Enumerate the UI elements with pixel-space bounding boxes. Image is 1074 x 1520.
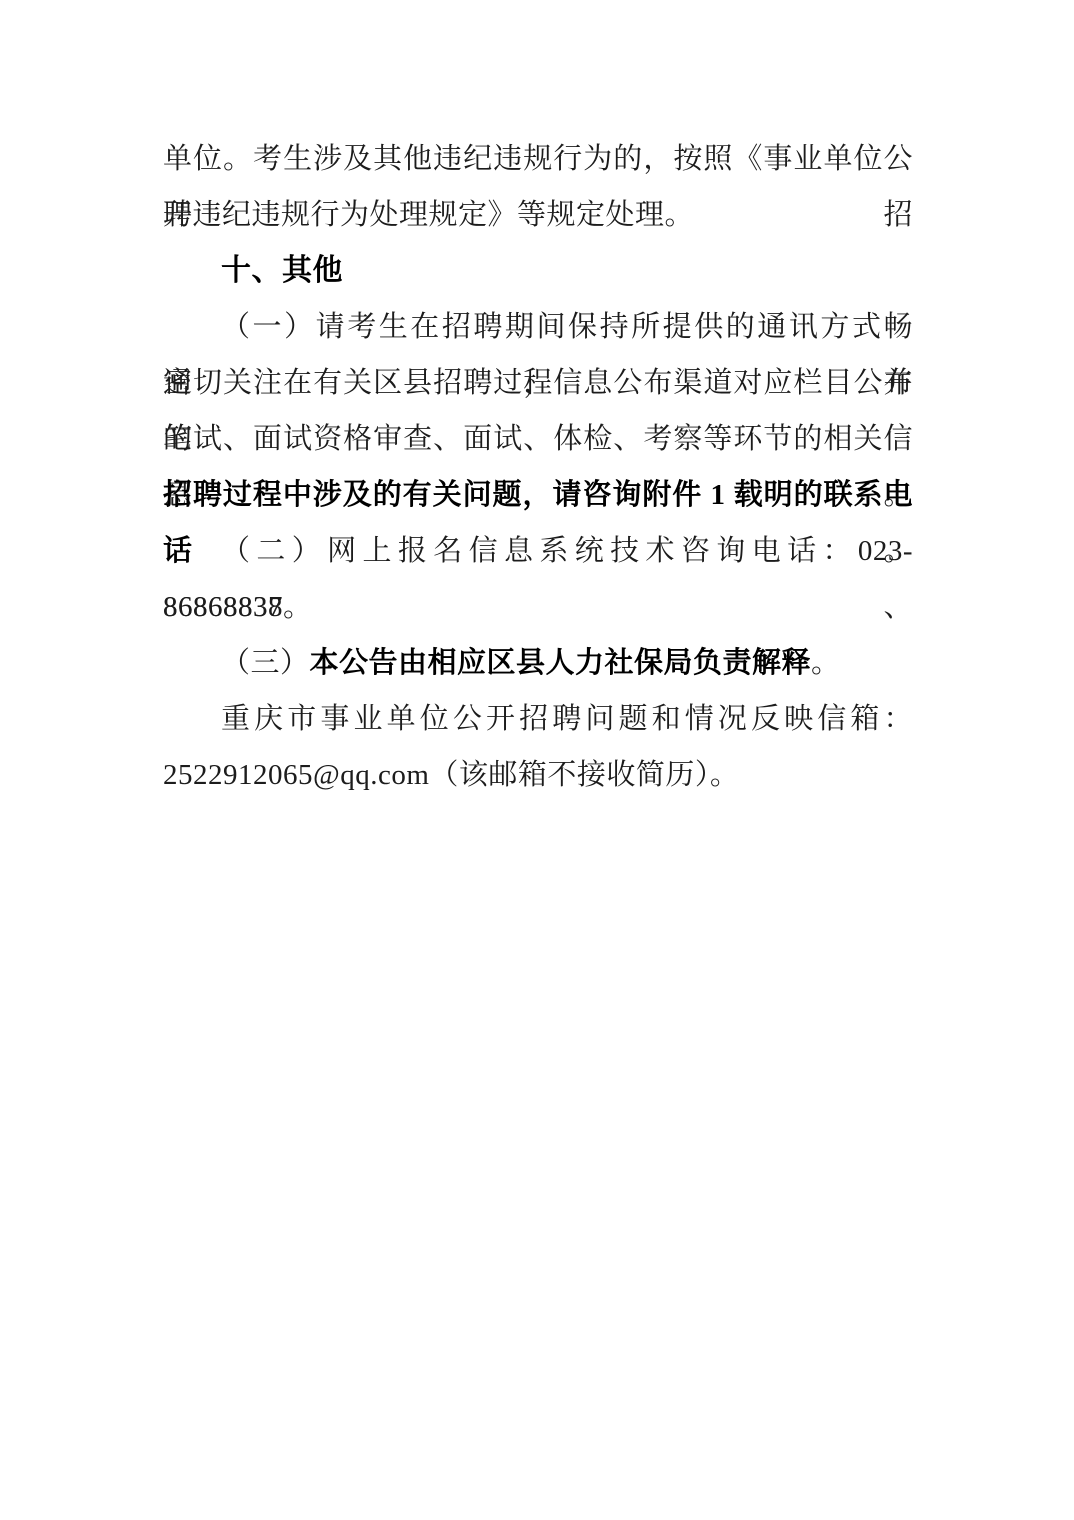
item1-line-1: （一）请考生在招聘期间保持所提供的通讯方式畅通，并 bbox=[163, 299, 913, 355]
item1-line-4: 招聘过程中涉及的有关问题，请咨询附件 1 载明的联系电话。 bbox=[163, 467, 913, 523]
item2-line-1: （二）网上报名信息系统技术咨询电话：023-86868837、 bbox=[163, 523, 913, 579]
item3-line: （三）本公告由相应区县人力社保局负责解释。 bbox=[163, 635, 913, 691]
item3-period: 。 bbox=[811, 647, 841, 679]
mailbox-line-1: 重庆市事业单位公开招聘问题和情况反映信箱： bbox=[163, 691, 913, 747]
item3-bold-text: 本公告由相应区县人力社保局负责解释 bbox=[310, 647, 812, 679]
document-page: 单位。考生涉及其他违纪违规行为的，按照《事业单位公开招 聘违纪违规行为处理规定》… bbox=[0, 0, 1074, 1520]
item1-line-3: 笔试、面试资格审查、面试、体检、考察等环节的相关信息。 bbox=[163, 411, 913, 467]
prev-paragraph-line-1: 单位。考生涉及其他违纪违规行为的，按照《事业单位公开招 bbox=[163, 131, 913, 187]
document-content: 单位。考生涉及其他违纪违规行为的，按照《事业单位公开招 聘违纪违规行为处理规定》… bbox=[163, 131, 913, 803]
item1-line-2: 密切关注在有关区县招聘过程信息公布渠道对应栏目公布的 bbox=[163, 355, 913, 411]
section-heading: 十、其他 bbox=[163, 243, 913, 299]
item3-number: （三） bbox=[221, 647, 310, 679]
mailbox-line-2: 2522912065@qq.com（该邮箱不接收简历）。 bbox=[163, 747, 913, 803]
